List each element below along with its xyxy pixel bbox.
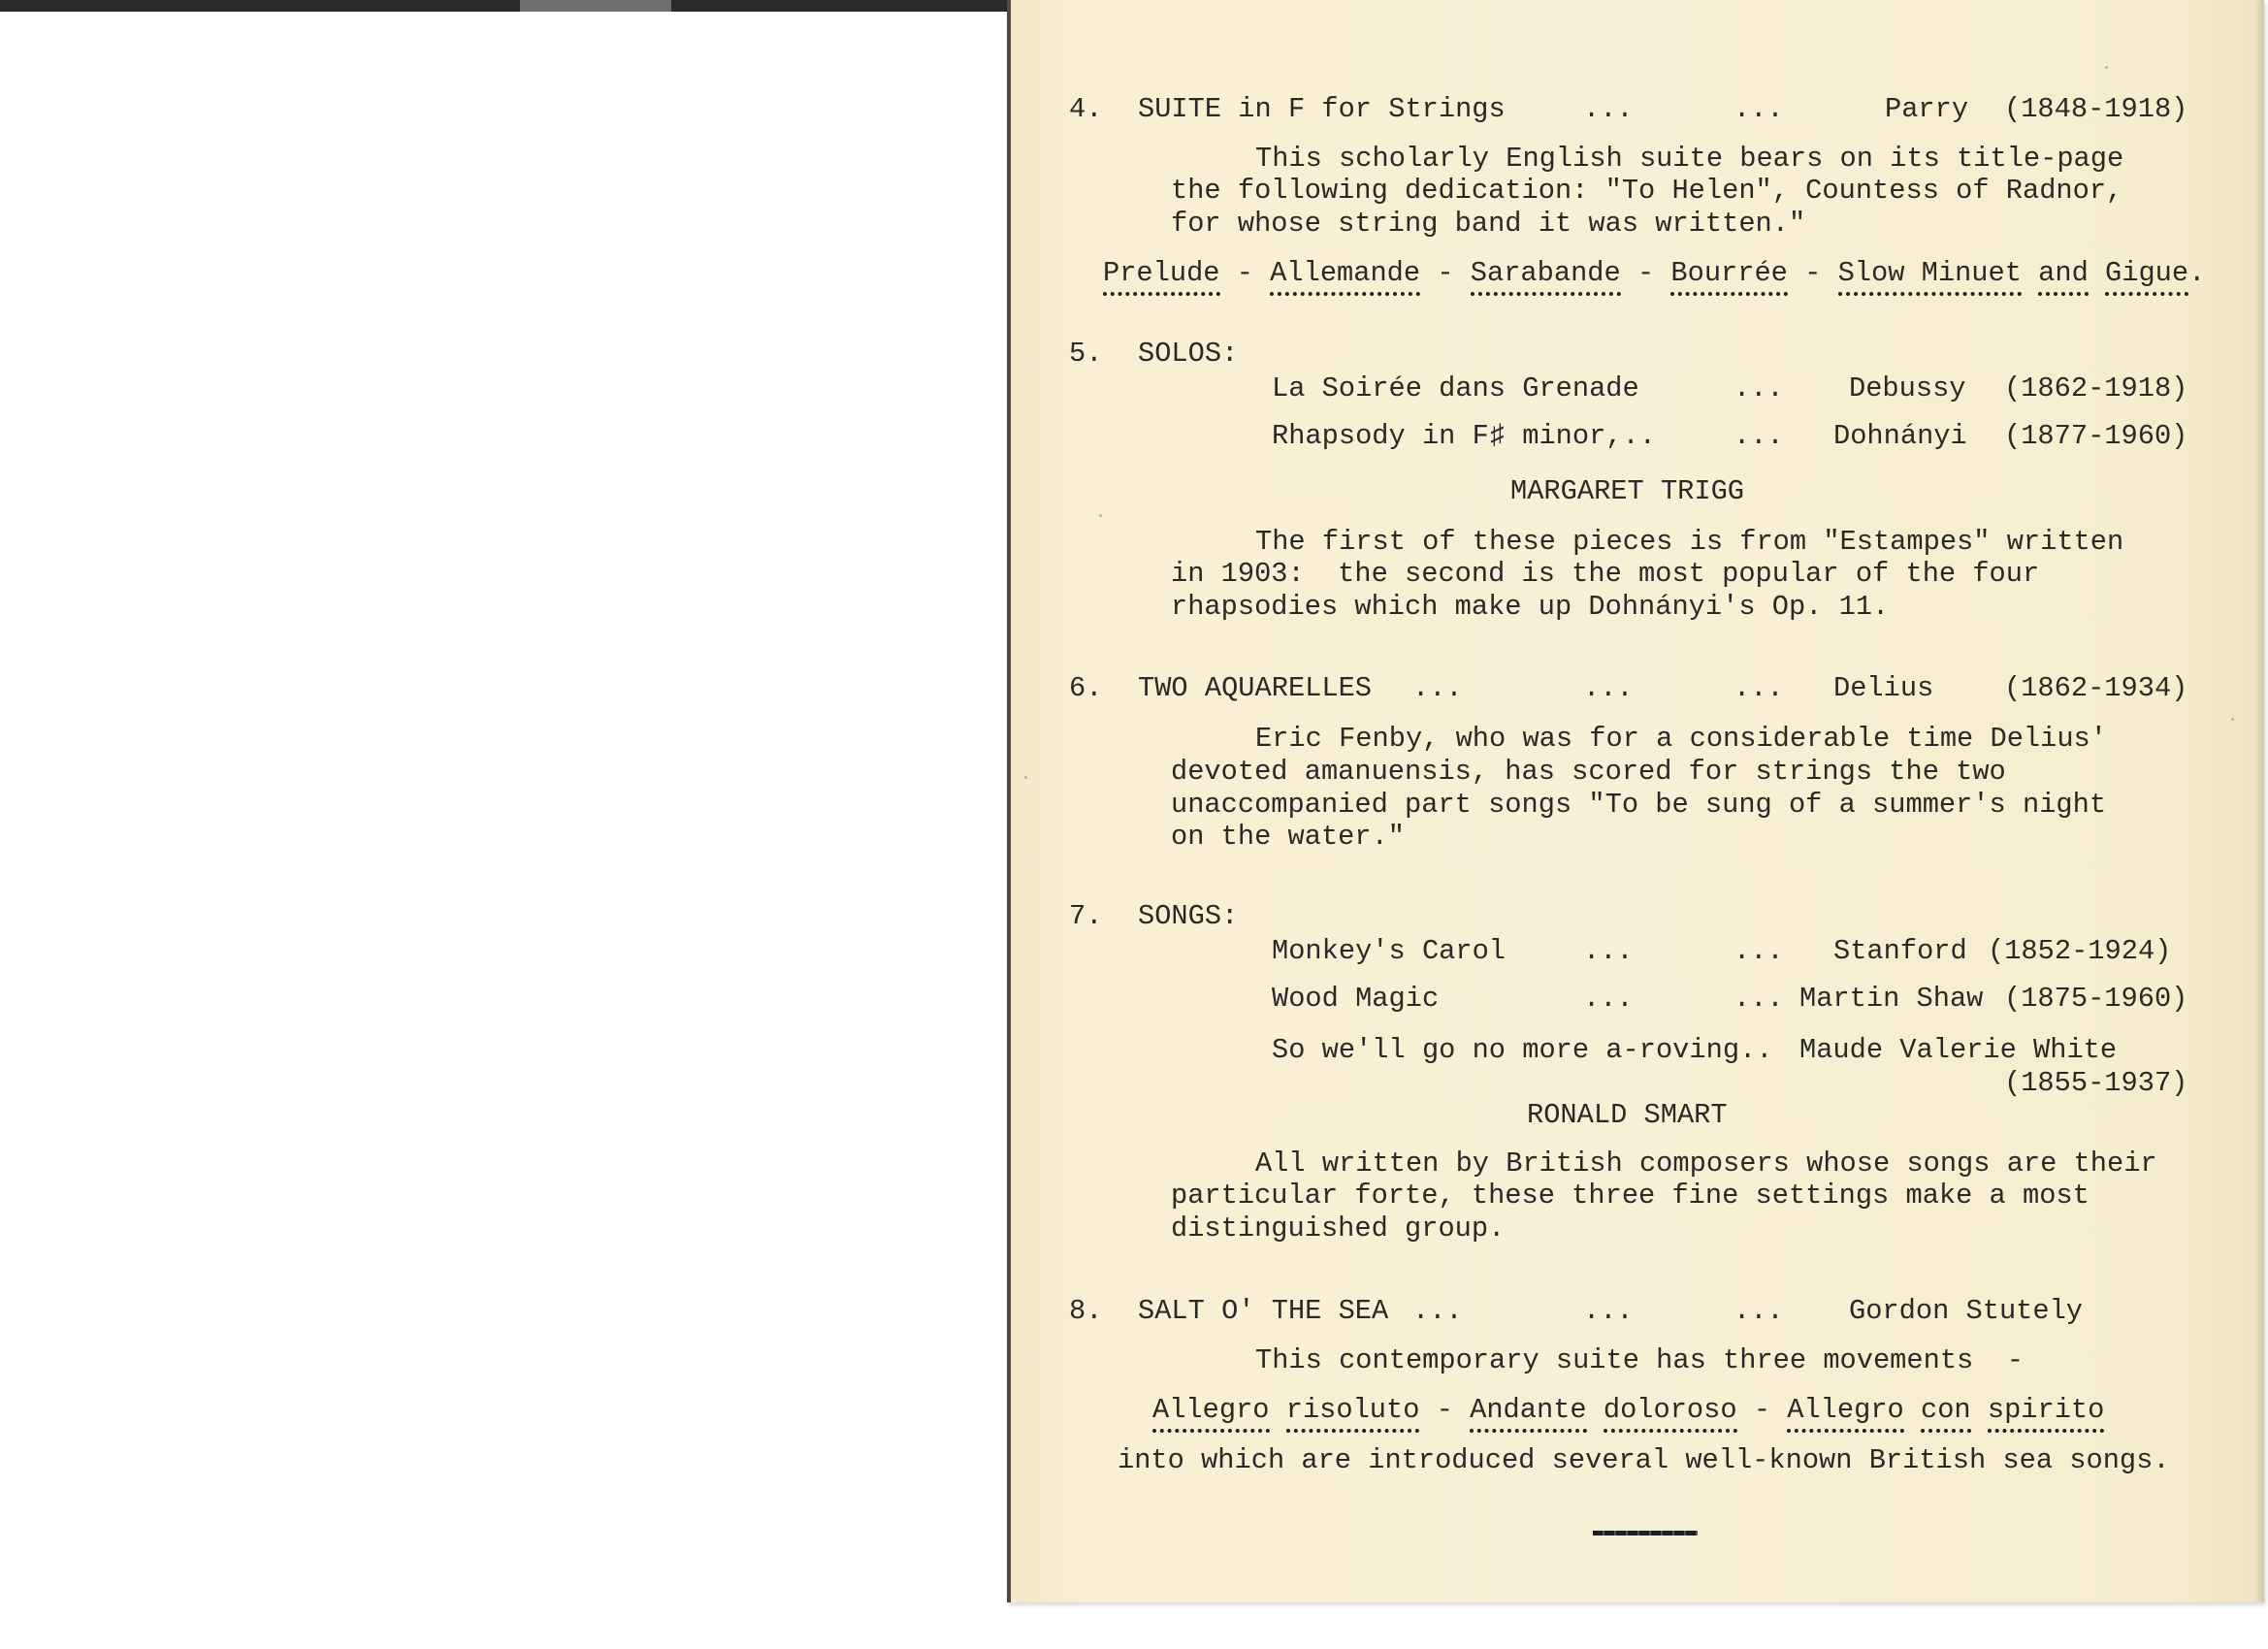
item-number: 8. xyxy=(1069,1295,1102,1328)
movement: Slow Minuet xyxy=(1838,257,2022,296)
composer-dates: (1862-1934) xyxy=(2004,672,2187,705)
movement: Allegro xyxy=(1152,1394,1270,1433)
movement: Andante xyxy=(1470,1394,1587,1433)
note-line: the following dedication: "To Helen", Co… xyxy=(1171,175,2122,208)
item-number: 7. xyxy=(1069,900,1102,933)
leader-dots: ... xyxy=(1733,983,1784,1016)
item-title: SALT O' THE SEA xyxy=(1138,1295,1388,1328)
movements-line: Allegro risoluto - Andante doloroso - Al… xyxy=(1152,1394,2104,1427)
performer-name: MARGARET TRIGG xyxy=(1510,475,1744,508)
leader-dots: ... xyxy=(1583,983,1634,1016)
movement: Allegro xyxy=(1787,1394,1904,1433)
note-line: unaccompanied part songs "To be sung of … xyxy=(1171,789,2106,822)
leader-dots: ... xyxy=(1583,935,1634,968)
leader-dots: ... xyxy=(1733,672,1784,705)
note-line: on the water." xyxy=(1171,821,1405,854)
note-line: Eric Fenby, who was for a considerable t… xyxy=(1255,723,2107,756)
composer-name: Delius xyxy=(1833,672,1933,705)
composer-name: Parry xyxy=(1885,93,1968,126)
composer-name: Martin Shaw xyxy=(1799,983,1983,1016)
note-line: The first of these pieces is from "Estam… xyxy=(1255,526,2123,559)
leader-dots: ... xyxy=(1733,420,1784,453)
movement: Gigue xyxy=(2105,257,2188,296)
end-rule xyxy=(1593,1531,1698,1536)
separator: - xyxy=(1637,257,1654,289)
separator: - xyxy=(1237,257,1253,289)
leader-dots: ... xyxy=(1583,93,1634,126)
piece-title: Monkey's Carol xyxy=(1272,935,1506,968)
movement: and xyxy=(2038,257,2089,296)
note-line: All written by British composers whose s… xyxy=(1255,1148,2157,1180)
item-title: SONGS: xyxy=(1138,900,1238,933)
scanner-top-edge-highlight xyxy=(520,0,671,12)
movement: risoluto xyxy=(1286,1394,1420,1433)
composer-name: Debussy xyxy=(1849,372,1966,405)
composer-name: Gordon Stutely xyxy=(1849,1295,2083,1328)
piece-title: La Soirée dans Grenade xyxy=(1272,372,1639,405)
leader-dots: ... xyxy=(1583,672,1634,705)
composer-name: Stanford xyxy=(1833,935,1967,968)
note-line: distinguished group. xyxy=(1171,1212,1505,1245)
separator: - xyxy=(1437,1394,1453,1426)
note-line: This contemporary suite has three moveme… xyxy=(1255,1344,2024,1377)
movement: doloroso xyxy=(1604,1394,1737,1433)
item-title: SUITE in F for Strings xyxy=(1138,93,1506,126)
leader-dots: ... xyxy=(1733,935,1784,968)
note-line: for whose string band it was written." xyxy=(1171,208,1805,241)
note-line: This scholarly English suite bears on it… xyxy=(1255,143,2123,176)
item-title: SOLOS: xyxy=(1138,338,1238,371)
item-number: 6. xyxy=(1069,672,1102,705)
composer-dates: (1877-1960) xyxy=(2004,420,2187,453)
note-line: in 1903: the second is the most popular … xyxy=(1171,558,2039,591)
movement: Allemande xyxy=(1270,257,1420,296)
item-number: 5. xyxy=(1069,338,1102,371)
item-number: 4. xyxy=(1069,93,1102,126)
paper-speck xyxy=(1024,776,1027,779)
note-line: rhapsodies which make up Dohnányi's Op. … xyxy=(1171,591,1889,624)
performer-name: RONALD SMART xyxy=(1527,1099,1728,1132)
composer-dates: (1862-1918) xyxy=(2004,372,2187,405)
leader-dots: ... xyxy=(1733,372,1784,405)
note-line: into which are introduced several well-k… xyxy=(1118,1444,2170,1477)
separator: - xyxy=(1804,257,1821,289)
composer-dates: (1852-1924) xyxy=(1988,935,2171,968)
leader-dots: ... xyxy=(1412,1295,1463,1328)
page-edge-shadow xyxy=(2254,0,2264,1602)
movement: spirito xyxy=(1988,1394,2105,1433)
composer-dates: (1875-1960) xyxy=(2004,983,2187,1016)
paper-speck xyxy=(2105,66,2108,69)
separator: - xyxy=(1437,257,1453,289)
composer-dates: (1848-1918) xyxy=(2004,93,2187,126)
leader-dots: ... xyxy=(1412,672,1463,705)
composer-name: Maude Valerie White xyxy=(1799,1034,2117,1067)
scanner-top-edge xyxy=(0,0,1011,12)
note-line: particular forte, these three fine setti… xyxy=(1171,1180,2090,1212)
separator: - xyxy=(1754,1394,1770,1426)
piece-title: Wood Magic xyxy=(1272,983,1439,1016)
piece-title: So we'll go no more a-roving.. xyxy=(1272,1034,1772,1067)
paper-speck xyxy=(2231,718,2234,721)
movement: Sarabande xyxy=(1471,257,1621,296)
note-line: devoted amanuensis, has scored for strin… xyxy=(1171,756,2006,789)
paper-speck xyxy=(1099,514,1102,517)
period: . xyxy=(2188,257,2205,289)
piece-title: Rhapsody in F♯ minor,.. xyxy=(1272,420,1656,453)
movements-line: Prelude - Allemande - Sarabande - Bourré… xyxy=(1103,257,2205,290)
composer-dates: (1855-1937) xyxy=(2004,1067,2187,1100)
movement: Bourrée xyxy=(1670,257,1788,296)
composer-name: Dohnányi xyxy=(1833,420,1967,453)
leader-dots: ... xyxy=(1583,1295,1634,1328)
movement: con xyxy=(1921,1394,1971,1433)
item-title: TWO AQUARELLES xyxy=(1138,672,1372,705)
leader-dots: ... xyxy=(1733,93,1784,126)
leader-dots: ... xyxy=(1733,1295,1784,1328)
movement: Prelude xyxy=(1103,257,1220,296)
